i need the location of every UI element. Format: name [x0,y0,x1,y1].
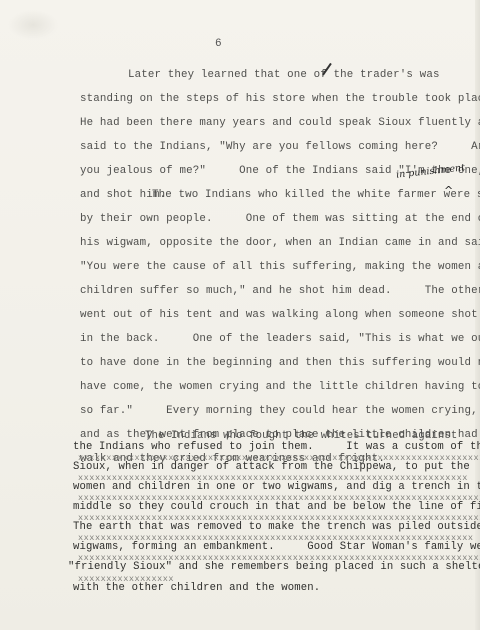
text-line: with the other children and the women. [73,582,320,594]
text-line: in the back. One of the leaders said, "T… [80,333,480,345]
page-number: 6 [215,38,222,50]
text-line: said to the Indians, "Why are you fellow… [80,141,480,153]
typed-page: 6 Later they learned that one of the tra… [0,0,480,630]
text-line: Later they learned that one of the trade… [128,69,440,81]
text-line: by their own people. One of them was sit… [80,213,480,225]
text-line: wigwams, forming an embankment. Good Sta… [73,541,480,553]
text-line: He had been there many years and could s… [80,117,480,129]
text-line: children suffer so much," and he shot hi… [80,285,480,297]
text-line: The earth that was removed to make the t… [73,521,480,533]
text-line: to have done in the beginning and then t… [80,357,480,369]
text-line: his wigwam, opposite the door, when an I… [80,237,480,249]
text-line: the Indians who refused to join them. It… [73,441,480,453]
text-line: women and children in one or two wigwams… [73,481,480,493]
text-line: "friendly Sioux" and she remembers being… [68,561,480,573]
text-line: middle so they could crouch in that and … [73,501,480,513]
text-line: so far." Every morning they could hear t… [80,405,478,417]
text-line: Sioux, when in danger of attack from the… [73,461,470,473]
text-line: standing on the steps of his store when … [80,93,480,105]
text-line: "You were the cause of all this sufferin… [80,261,480,273]
paper-stain [8,10,58,40]
text-line: went out of his tent and was walking alo… [80,309,480,321]
text-line: have come, the women crying and the litt… [80,381,480,393]
text-line: The two Indians who killed the white far… [152,189,480,201]
